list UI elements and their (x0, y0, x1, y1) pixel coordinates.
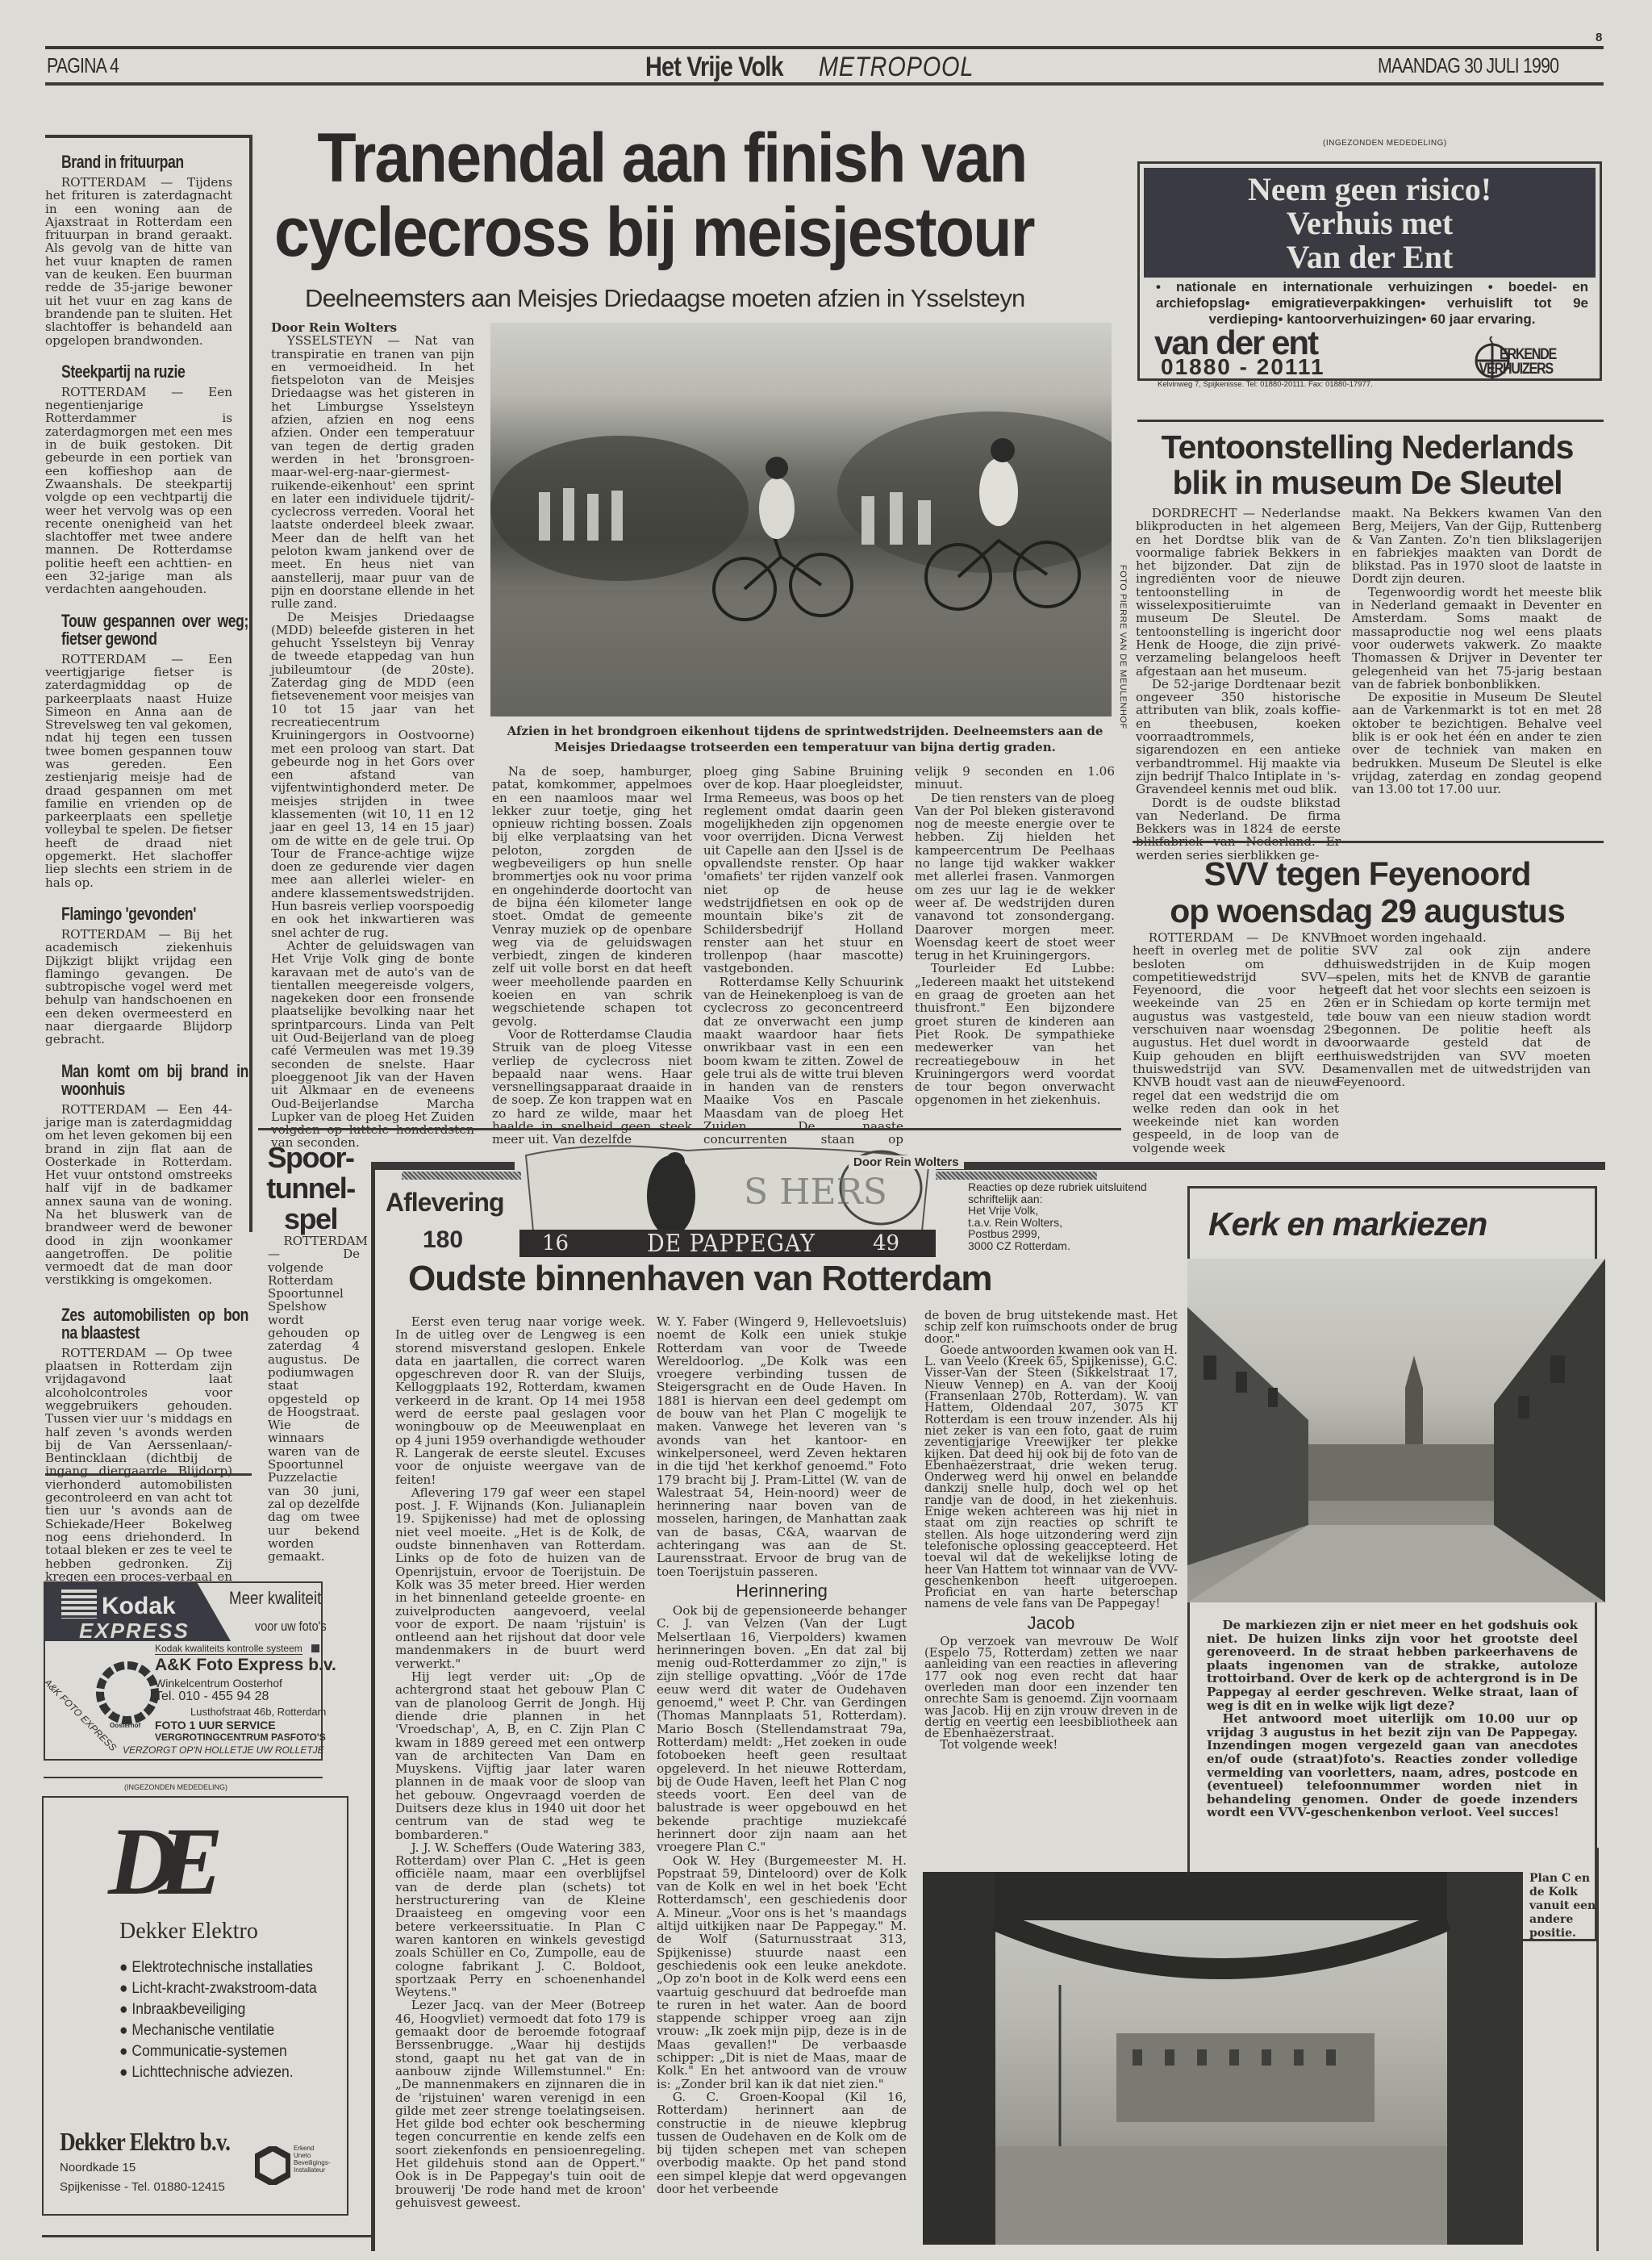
svv-top-rule (1133, 841, 1604, 843)
spoortunnel-text: ROTTERDAM — De volgende Rotterdam Spoort… (268, 1234, 360, 1563)
news-briefs: Brand in frituurpan ROTTERDAM — Tijdens … (45, 144, 232, 1596)
lead-paragraph: Tourleider Ed Lubbe: „Iedereen maakt het… (915, 962, 1115, 1106)
brief-3: Touw gespannen over weg; fietser gewond … (45, 612, 232, 889)
reactions-line: 3000 CZ Rotterdam. (968, 1240, 1194, 1252)
banner-right-number: 49 (873, 1231, 899, 1255)
headline-line: spel (266, 1204, 355, 1234)
lead-paragraph: De Meisjes Driedaagse (MDD) beleefde gis… (271, 611, 474, 939)
dekker-top-rule (44, 1777, 323, 1778)
article-paragraph: De expositie in Museum De Sleutel aan de… (1352, 691, 1602, 796)
kerk-street-photo (1187, 1259, 1605, 1602)
kodak-location: Winkelcentrum Oosterhof (155, 1677, 282, 1690)
brief-1: Brand in frituurpan ROTTERDAM — Tijdens … (45, 153, 232, 347)
reactions-line: t.a.v. Rein Wolters, (968, 1217, 1194, 1229)
pappegay-col-3: de boven de brug uitstekende mast. Het s… (924, 1310, 1178, 1752)
kodak-address: Lusthofstraat 46b, Rotterdam (190, 1706, 326, 1718)
article-paragraph: ROTTERDAM — De KNVB heeft in overleg met… (1133, 931, 1339, 1155)
pappegay-col-1: Eerst even terug naar vorige week. In de… (395, 1315, 645, 2209)
lead-paragraph: YSSELSTEYN — Nat van transpiratie en tra… (271, 334, 474, 610)
harbour-illustration (923, 1872, 1523, 2245)
photo-credit: FOTO PIERRE VAN DE MEULENHOF (1118, 565, 1128, 729)
article-paragraph: J. J. W. Scheffers (Oude Watering 383, R… (395, 1841, 645, 1999)
badge-line: Beveiligings- (294, 2159, 330, 2166)
lead-col-2: Na de soep, hamburger, patat, komkommer,… (492, 765, 692, 1147)
brief-headline: Zes automobilisten op bon na blaastest (61, 1306, 248, 1342)
lead-paragraph: velijk 9 seconden en 1.06 minuut. (915, 765, 1115, 792)
lead-col-3: ploeg ging Sabine Bruining over de kop. … (703, 765, 903, 1159)
lead-photo-cyclists (490, 323, 1112, 716)
lead-paragraph: Rotterdamse Kelly Schuurink van de Heine… (703, 975, 903, 1159)
bullet-icon: ● (119, 1959, 131, 1976)
kodak-k-logo-icon (61, 1590, 97, 1619)
ad-dekker-elektro[interactable]: DE Dekker Elektro ● Elektrotechnische in… (42, 1796, 348, 2216)
lead-byline: Door Rein Wolters (271, 321, 474, 334)
ad-dark-banner: Neem geen risico! Verhuis met Van der En… (1144, 168, 1596, 278)
brief-4: Flamingo 'gevonden' ROTTERDAM — Bij het … (45, 905, 232, 1046)
svv-headline: SVV tegen Feyenoord op woensdag 29 augus… (1129, 855, 1605, 929)
lead-headline-line2: cyclecross bij meisjestour (274, 195, 1061, 269)
article-paragraph: Dordt is de oudste blikstad van Nederlan… (1136, 796, 1341, 862)
service-item: ● Inbraakbeveiliging (119, 1999, 317, 2020)
corner-page-number: 8 (1596, 31, 1602, 44)
brief-text: ROTTERDAM — Tijdens het frituren is zate… (45, 176, 232, 347)
lead-headline: Tranendal aan finish van cyclecross bij … (274, 121, 1061, 269)
ad-logo: van der ent (1154, 328, 1317, 357)
article-paragraph: Lezer Jacq. van der Meer (Botreep 46, Ho… (395, 1999, 645, 2209)
svg-text:S HERS: S HERS (744, 1172, 887, 1213)
pappegay-header-bar-left (371, 1162, 515, 1170)
dekker-logo: DE (108, 1806, 204, 1917)
lead-col-1: Door Rein Wolters YSSELSTEYN — Nat van t… (250, 321, 478, 1150)
bullet-icon: ● (119, 2001, 131, 2018)
kodak-slogan-2: voor uw foto's (255, 1619, 327, 1635)
article-paragraph: Tot volgende week! (924, 1740, 1178, 1751)
service-item: ● Communicatie-systemen (119, 2041, 317, 2062)
bullet-icon: ● (119, 2022, 131, 2039)
oosterhof-label: Oosterhof (110, 1722, 140, 1729)
lead-paragraph: ploeg ging Sabine Bruining over de kop. … (703, 765, 903, 975)
brief-2: Steekpartij na ruzie ROTTERDAM — Een neg… (45, 363, 232, 596)
badge-line2: VERHUIZERS (1479, 362, 1557, 377)
bullet-icon: ● (119, 2064, 131, 2081)
article-paragraph: Eerst even terug naar vorige week. In de… (395, 1315, 645, 1486)
dekker-city-phone: Spijkenisse - Tel. 01880-12415 (60, 2180, 225, 2194)
kodak-system-block-icon (311, 1644, 319, 1652)
bottom-page-rule (42, 2235, 373, 2237)
article-paragraph: maakt. Na Bekkers kwamen Van den Berg, M… (1352, 507, 1602, 586)
masthead-bottom-rule (45, 82, 1604, 86)
dekker-name: Dekker Elektro (119, 1919, 258, 1945)
article-paragraph: W. Y. Faber (Wingerd 9, Hellevoetsluis) … (657, 1315, 907, 1578)
kodak-express: EXPRESS (79, 1619, 190, 1644)
kodak-service-2: VERGROTINGCENTRUM PASFOTO'S (155, 1732, 326, 1743)
reactions-info: Reacties op deze rubriek uitsluitend sch… (968, 1181, 1194, 1251)
article-paragraph: SVV zal ook zijn andere thuiswedstrijden… (1336, 944, 1591, 1088)
brief-headline: Man komt om bij brand in woonhuis (61, 1063, 248, 1098)
kerk-text: De markiezen zijn er niet meer en het go… (1207, 1619, 1578, 1819)
lead-paragraph: Achter de geluidswagen van Het Vrije Vol… (271, 939, 474, 1150)
paper-name: Het Vrije Volk (645, 52, 817, 83)
article-paragraph: Tegenwoordig wordt het meeste blik in Ne… (1352, 586, 1602, 691)
article-paragraph: moet worden ingehaald. (1336, 931, 1591, 944)
kodak-brand: Kodak (102, 1593, 176, 1620)
lead-paragraph: De tien rensters van de ploeg Van der Po… (915, 792, 1115, 963)
article-paragraph: Aflevering 179 gaf weer een stapel post.… (395, 1486, 645, 1670)
article-paragraph: Ook W. Hey (Burgemeester M. H. Popstraat… (657, 1854, 907, 2091)
reactions-line: Reacties op deze rubriek uitsluitend (968, 1181, 1194, 1193)
dekker-services-list: ● Elektrotechnische installaties ● Licht… (119, 1957, 317, 2083)
article-paragraph: Het antwoord moet uiterlijk om 10.00 uur… (1207, 1712, 1578, 1819)
erkende-verhuizers-badge: ERKENDE VERHUIZERS (1500, 348, 1556, 377)
lower-section-rule (258, 1128, 1121, 1130)
ad-label: (INGEZONDEN MEDEDELING) (1323, 139, 1447, 148)
brief-text: ROTTERDAM — Een negentienjarige Rotterda… (45, 386, 232, 596)
brief-headline: Steekpartij na ruzie (61, 363, 248, 381)
kodak-phone: Tel. 010 - 455 94 28 (155, 1690, 269, 1704)
brief-headline: Brand in frituurpan (61, 153, 248, 171)
dekker-street: Noordkade 15 (60, 2161, 136, 2174)
ad-bottom-rule (1137, 420, 1604, 422)
pappegay-header-hatch-left (402, 1172, 521, 1180)
kodak-slogan-1: Meer kwaliteit (229, 1588, 321, 1609)
lead-subheadline: Deelneemsters aan Meisjes Driedaagse moe… (305, 284, 1025, 313)
article-paragraph: de boven de brug uitstekende mast. Het s… (924, 1310, 1178, 1345)
banner-left-number: 16 (542, 1231, 569, 1255)
bottom-photo-rule-right (1596, 1848, 1599, 2251)
badge-line: Erkend (294, 2145, 330, 2152)
bullet-icon: ● (119, 1980, 131, 1997)
reactions-line: Postbus 2999, (968, 1228, 1194, 1240)
briefs-top-rule (45, 135, 252, 138)
masthead-top-rule (45, 46, 1604, 49)
lead-paragraph: Na de soep, hamburger, patat, komkommer,… (492, 765, 692, 1028)
service-item: ● Elektrotechnische installaties (119, 1957, 317, 1978)
svv-col-1: ROTTERDAM — De KNVB heeft in overleg met… (1133, 931, 1339, 1155)
pappegay-headline: Oudste binnenhaven van Rotterdam (408, 1259, 991, 1299)
article-paragraph: Ook bij de gepensioneerde behanger C. J.… (657, 1604, 907, 1854)
headline-line2: op woensdag 29 augustus (1129, 892, 1605, 929)
brief-headline: Touw gespannen over weg; fietser gewond (61, 612, 248, 648)
headline-line: Spoor- (266, 1143, 355, 1173)
oosterhof-ring-logo-icon (95, 1661, 160, 1725)
kodak-company: A&K Foto Express b.v. (155, 1656, 336, 1675)
pappegay-left-rule (371, 1162, 375, 2251)
episode-number: 180 (423, 1226, 463, 1254)
brief-text: ROTTERDAM — Op twee plaatsen in Rotterda… (45, 1347, 232, 1597)
ad-van-der-ent[interactable]: Neem geen risico! Verhuis met Van der En… (1137, 161, 1602, 381)
article-paragraph: De markiezen zijn er niet meer en het go… (1207, 1619, 1578, 1712)
section-name: METROPOOL (819, 52, 974, 83)
article-paragraph: Hij legt verder uit: „Op de achtergrond … (395, 1670, 645, 1841)
ad-kodak-express[interactable]: Kodak EXPRESS Meer kwaliteit voor uw fot… (44, 1581, 323, 1761)
service-item: ● Licht-kracht-zwakstroom-data (119, 1978, 317, 1999)
spoortunnel-headline: Spoor- tunnel- spel (266, 1143, 355, 1234)
pappegay-header-hatch-right (936, 1172, 1097, 1180)
article-paragraph: G. C. Groen-Koopal (Kil 16, Rotterdam) h… (657, 2091, 907, 2195)
ad-line1: Neem geen risico! (1144, 173, 1596, 207)
banner-title: DE PAPPEGAY (647, 1230, 816, 1258)
bullet-icon: ● (119, 2043, 131, 2060)
headline-line1: SVV tegen Feyenoord (1129, 855, 1605, 892)
kodak-service-1: FOTO 1 UUR SERVICE (155, 1719, 276, 1732)
pappegay-col-2: W. Y. Faber (Wingerd 9, Hellevoetsluis) … (657, 1315, 907, 2195)
kodak-handwritten-slogan: VERZORGT OP'N HOLLETJE UW ROLLETJE (123, 1744, 324, 1756)
article-paragraph: De 52-jarige Dordtenaar bezit ongeveer 3… (1136, 678, 1341, 796)
badge-line: Uneto (294, 2152, 330, 2159)
kodak-system: Kodak kwaliteits kontrolle systeem (155, 1643, 302, 1655)
ad-address: Kelvinweg 7, Spijkenisse. Tel: 01880-201… (1158, 380, 1373, 389)
brief-text: ROTTERDAM — Een 44-jarige man is zaterda… (45, 1103, 232, 1287)
uneto-badge: Erkend Uneto Beveiligings- Installateur (294, 2145, 330, 2174)
tentoonstelling-col-1: DORDRECHT — Nederlandse blikproducten in… (1136, 507, 1341, 862)
dekker-company: Dekker Elektro b.v. (60, 2127, 230, 2157)
lead-headline-line1: Tranendal aan finish van (274, 121, 1061, 195)
brief-text: ROTTERDAM — Bij het academisch ziekenhui… (45, 928, 232, 1046)
subhead-jacob: Jacob (924, 1612, 1178, 1635)
page-label: PAGINA 4 (47, 53, 119, 78)
ad-phone: 01880 - 20111 (1161, 354, 1325, 380)
article-paragraph: ROTTERDAM — De volgende Rotterdam Spoort… (268, 1234, 360, 1563)
headline-line1: Tentoonstelling Nederlands (1129, 429, 1605, 465)
pappegay-byline: Door Rein Wolters (849, 1155, 964, 1169)
article-paragraph: Goede antwoorden kwamen ook van H. L. va… (924, 1345, 1178, 1610)
masthead-title: Het Vrije Volk METROPOOL (645, 52, 1001, 83)
subhead-herinnering: Herinnering (657, 1580, 907, 1602)
lead-col-4: velijk 9 seconden en 1.06 minuut. De tie… (915, 765, 1115, 1107)
bottom-photo-caption: Plan C en de Kolk vanuit een andere posi… (1529, 1872, 1607, 1940)
headline-line2: blik in museum De Sleutel (1129, 465, 1605, 500)
tentoonstelling-col-2: maakt. Na Bekkers kwamen Van den Berg, M… (1352, 507, 1602, 796)
plan-c-kolk-photo (923, 1872, 1523, 2245)
svv-col-2: moet worden ingehaald. SVV zal ook zijn … (1336, 931, 1591, 1089)
uneto-hexagon-logo-icon (255, 2146, 290, 2185)
service-item: ● Lichttechnische adviezen. (119, 2062, 317, 2083)
cyclists-illustration (490, 323, 1112, 716)
reactions-line: Het Vrije Volk, (968, 1205, 1194, 1217)
tentoonstelling-headline: Tentoonstelling Nederlands blik in museu… (1129, 429, 1605, 500)
pappegay-header-bar-right (936, 1162, 1605, 1170)
service-item: ● Mechanische ventilatie (119, 2020, 317, 2041)
article-paragraph: Op verzoek van mevrouw De Wolf (Espelo 7… (924, 1636, 1178, 1740)
ad-line2: Verhuis met (1144, 207, 1596, 240)
badge-line: Installateur (294, 2166, 330, 2174)
ad-services: • nationale en internationale verhuizing… (1156, 279, 1588, 328)
ad-line3: Van der Ent (1144, 240, 1596, 274)
episode-label: Aflevering (386, 1188, 503, 1218)
reactions-line: schriftelijk aan: (968, 1193, 1194, 1205)
brief-5: Man komt om bij brand in woonhuis ROTTER… (45, 1063, 232, 1287)
dekker-ad-label: (INGEZONDEN MEDEDELING) (124, 1783, 227, 1791)
headline-line: tunnel- (266, 1173, 355, 1204)
brief-text: ROTTERDAM — Een veertigjarige fietser is… (45, 653, 232, 889)
street-church-illustration (1187, 1259, 1605, 1602)
brief-headline: Flamingo 'gevonden' (61, 905, 248, 923)
brief-6: Zes automobilisten op bon na blaastest R… (45, 1306, 232, 1597)
page-date: MAANDAG 30 JULI 1990 (1378, 53, 1558, 78)
lead-photo-caption: Afzien in het brondgroen eikenhout tijde… (490, 723, 1120, 755)
article-paragraph: DORDRECHT — Nederlandse blikproducten in… (1136, 507, 1341, 678)
kerk-headline: Kerk en markiezen (1208, 1205, 1487, 1243)
